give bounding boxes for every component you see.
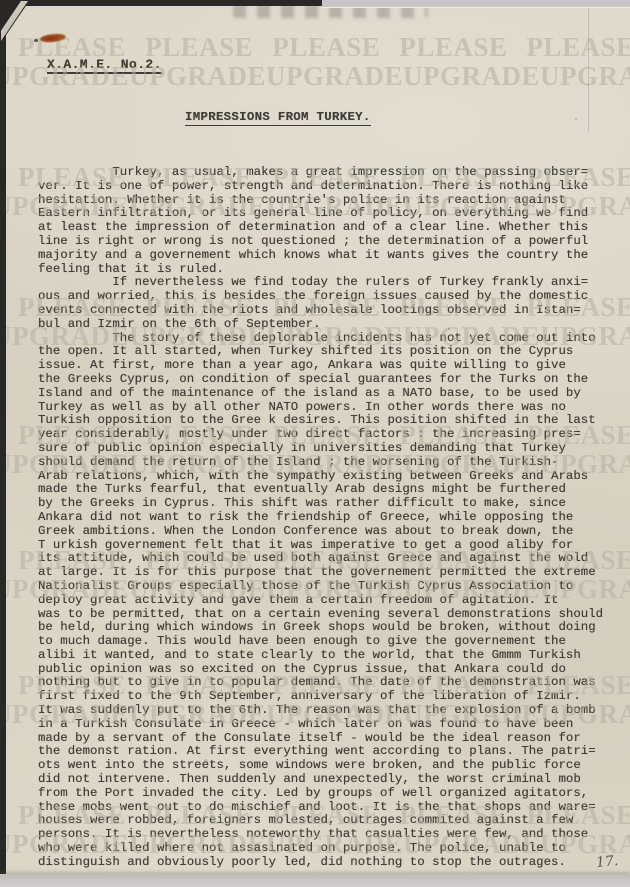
scan-edge-top-light [322, 0, 630, 8]
watermark-word: PLEASE [272, 34, 380, 61]
scan-edge-top-dark [0, 0, 322, 6]
folded-corner-cut [0, 0, 30, 44]
document-title: IMPRESSIONS FROM TURKEY. [185, 110, 371, 126]
page-number-annotation: 17. [595, 853, 619, 871]
watermark-word: PLEASE- [526, 34, 630, 61]
scanned-page: PLEASEPLEASEPLEASEPLEASEPLEASE-UPGRADEUP… [0, 0, 630, 887]
document-reference: X.A.M.E. No.2. [47, 57, 162, 74]
watermark-word: PLEASE [399, 34, 507, 61]
rust-stain [40, 33, 67, 44]
watermark-word: UPGRADE [403, 63, 540, 90]
paper-crease [588, 7, 589, 132]
document-body: Turkey, as usual, makes a great impressi… [38, 166, 603, 870]
scan-edge-left [0, 0, 6, 887]
watermark-word: UPGRADE [266, 63, 403, 90]
rust-stain-dot [34, 39, 38, 42]
scan-edge-bottom [0, 874, 630, 887]
watermark-word: UPGRADE [540, 63, 630, 90]
